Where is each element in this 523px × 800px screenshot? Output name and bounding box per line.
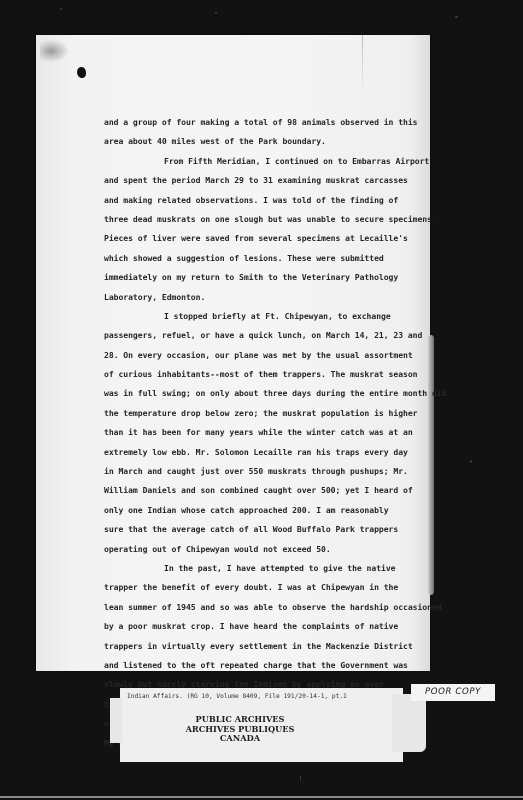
page-curl-shadow xyxy=(428,335,434,595)
text-line: only one Indian whose catch approached 2… xyxy=(104,501,424,520)
text-line: sure that the average catch of all Wood … xyxy=(104,520,424,539)
text-line: lean summer of 1945 and so was able to o… xyxy=(104,598,424,617)
background-speck xyxy=(455,16,458,18)
text-line: In the past, I have attempted to give th… xyxy=(104,559,424,578)
text-line: was in full swing; on only about three d… xyxy=(104,384,424,403)
typewritten-body: and a group of four making a total of 98… xyxy=(104,113,424,753)
text-line: 28. On every occasion, our plane was met… xyxy=(104,346,424,365)
text-line: From Fifth Meridian, I continued on to E… xyxy=(104,152,424,171)
archive-reference: Indian Affairs. (RG 10, Volume 8409, Fil… xyxy=(127,693,347,700)
background-speck xyxy=(470,460,472,463)
text-line: William Daniels and son combined caught … xyxy=(104,481,424,500)
text-line: immediately on my return to Smith to the… xyxy=(104,268,424,287)
text-line: and spent the period March 29 to 31 exam… xyxy=(104,171,424,190)
punch-hole xyxy=(77,67,86,78)
page-smudge xyxy=(40,40,68,62)
text-line: and listened to the oft repeated charge … xyxy=(104,656,424,675)
text-line: and making related observations. I was t… xyxy=(104,191,424,210)
label-tab-right xyxy=(392,694,426,752)
text-line: of curious inhabitants--most of them tra… xyxy=(104,365,424,384)
text-line: trapper the benefit of every doubt. I wa… xyxy=(104,578,424,597)
text-line: which showed a suggestion of lesions. Th… xyxy=(104,249,424,268)
poor-copy-tag: POOR COPY xyxy=(411,684,495,701)
stamp-line-country: CANADA xyxy=(120,734,360,744)
text-line: and a group of four making a total of 98… xyxy=(104,113,424,132)
archive-stamp: PUBLIC ARCHIVES ARCHIVES PUBLIQUES CANAD… xyxy=(120,715,360,744)
background-speck xyxy=(215,12,217,14)
text-line: operating out of Chipewyan would not exc… xyxy=(104,540,424,559)
text-line: Pieces of liver were saved from several … xyxy=(104,229,424,248)
fold-line xyxy=(362,35,363,95)
text-line: in March and caught just over 550 muskra… xyxy=(104,462,424,481)
background-speck xyxy=(300,775,301,781)
background-speck xyxy=(60,8,62,10)
document-page: and a group of four making a total of 98… xyxy=(36,35,430,671)
archive-label: Indian Affairs. (RG 10, Volume 8409, Fil… xyxy=(120,688,403,762)
text-line: Laboratory, Edmonton. xyxy=(104,288,424,307)
text-line: trappers in virtually every settlement i… xyxy=(104,637,424,656)
text-line: the temperature drop below zero; the mus… xyxy=(104,404,424,423)
text-line: extremely low ebb. Mr. Solomon Lecaille … xyxy=(104,443,424,462)
text-line: I stopped briefly at Ft. Chipewyan, to e… xyxy=(104,307,424,326)
text-line: three dead muskrats on one slough but wa… xyxy=(104,210,424,229)
scanner-edge xyxy=(0,796,523,798)
text-line: by a poor muskrat crop. I have heard the… xyxy=(104,617,424,636)
text-line: area about 40 miles west of the Park bou… xyxy=(104,132,424,151)
text-line: passengers, refuel, or have a quick lunc… xyxy=(104,326,424,345)
text-line: than it has been for many years while th… xyxy=(104,423,424,442)
